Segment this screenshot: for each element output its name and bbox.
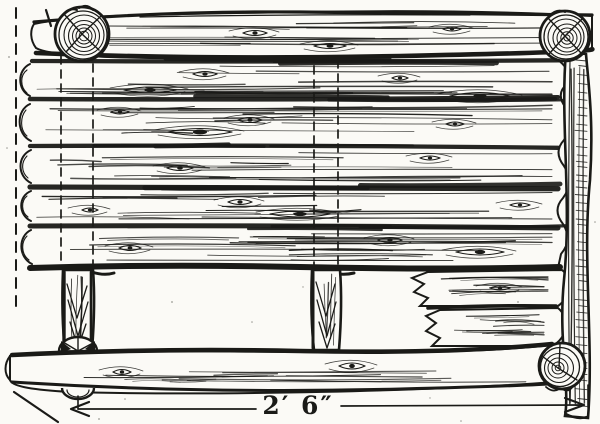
log-end-disc-bottom-right	[539, 343, 585, 391]
log-wall	[20, 52, 577, 274]
dimension-label: 2′ 6″	[262, 391, 333, 420]
wall-bottom-edge	[30, 266, 560, 269]
top-rail-log	[31, 10, 592, 59]
lower-right-log-2	[426, 308, 566, 346]
log-end-disc-top-right	[540, 11, 590, 61]
middle-stake	[311, 270, 341, 350]
lower-right-log-1	[412, 270, 569, 306]
figure-page: 2′ 6″	[0, 0, 600, 424]
log-structure-figure: 2′ 6″	[0, 0, 600, 424]
dimension-line-right	[341, 405, 580, 406]
log-end-disc-top-left	[55, 6, 109, 61]
log-shadow-band	[30, 145, 558, 148]
